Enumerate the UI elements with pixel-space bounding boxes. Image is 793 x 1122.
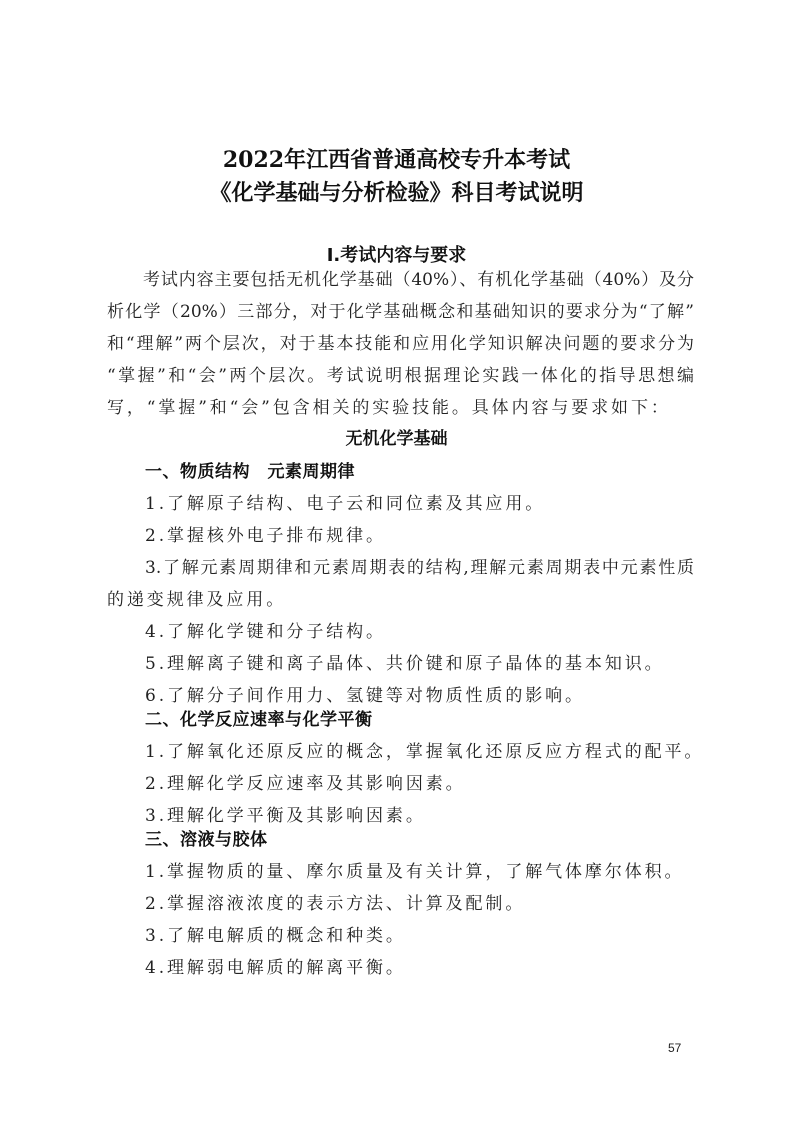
section-3-item-3: 3.了解电解质的概念和种类。: [145, 921, 406, 946]
intro-paragraph-line-4: “掌握”和“会”两个层次。考试说明根据理论实践一体化的指导思想编: [107, 361, 694, 386]
section-heading: I.考试内容与要求: [0, 241, 793, 267]
section-1-item-4: 4.了解化学键和分子结构。: [145, 617, 386, 642]
document-title-line2: 《化学基础与分析检验》科目考试说明: [0, 176, 793, 207]
intro-paragraph-line-2: 析化学（20%）三部分，对于化学基础概念和基础知识的要求分为“了解”: [107, 297, 694, 322]
section-1-item-5: 5.理解离子键和离子晶体、共价键和原子晶体的基本知识。: [145, 649, 665, 674]
section-2-item-1: 1.了解氧化还原反应的概念，掌握氧化还原反应方程式的配平。: [145, 737, 704, 762]
intro-paragraph-line-5: 写，“掌握”和“会”包含相关的实验技能。具体内容与要求如下：: [107, 393, 671, 418]
section-3-heading: 三、溶液与胶体: [145, 825, 268, 850]
section-1-heading: 一、物质结构 元素周期律: [145, 457, 355, 482]
intro-paragraph-line-3: 和“理解”两个层次，对于基本技能和应用化学知识解决问题的要求分为: [107, 329, 694, 354]
section-2-item-3: 3.理解化学平衡及其影响因素。: [145, 801, 426, 826]
section-3-item-2: 2.掌握溶液浓度的表示方法、计算及配制。: [145, 889, 525, 914]
section-3-item-4: 4.理解弱电解质的解离平衡。: [145, 953, 406, 978]
page-number: 57: [668, 1041, 681, 1055]
section-1-item-3-cont: 的递变规律及应用。: [107, 585, 286, 610]
document-title-line1: 2022年江西省普通高校专升本考试: [0, 143, 793, 174]
section-1-item-3: 3.了解元素周期律和元素周期表的结构,理解元素周期表中元素性质: [145, 553, 694, 578]
intro-paragraph-line-1: 考试内容主要包括无机化学基础（40%）、有机化学基础（40%）及分: [143, 265, 694, 290]
section-3-item-1: 1.掌握物质的量、摩尔质量及有关计算，了解气体摩尔体积。: [145, 857, 684, 882]
section-1-item-2: 2.掌握核外电子排布规律。: [145, 521, 386, 546]
section-2-item-2: 2.理解化学反应速率及其影响因素。: [145, 769, 466, 794]
document-page: 2022年江西省普通高校专升本考试 《化学基础与分析检验》科目考试说明 I.考试…: [0, 0, 793, 1122]
section-1-item-1: 1.了解原子结构、电子云和同位素及其应用。: [145, 489, 545, 514]
section-2-heading: 二、化学反应速率与化学平衡: [145, 705, 373, 730]
section-1-item-6: 6.了解分子间作用力、氢键等对物质性质的影响。: [145, 681, 585, 706]
subject-heading: 无机化学基础: [0, 424, 793, 449]
